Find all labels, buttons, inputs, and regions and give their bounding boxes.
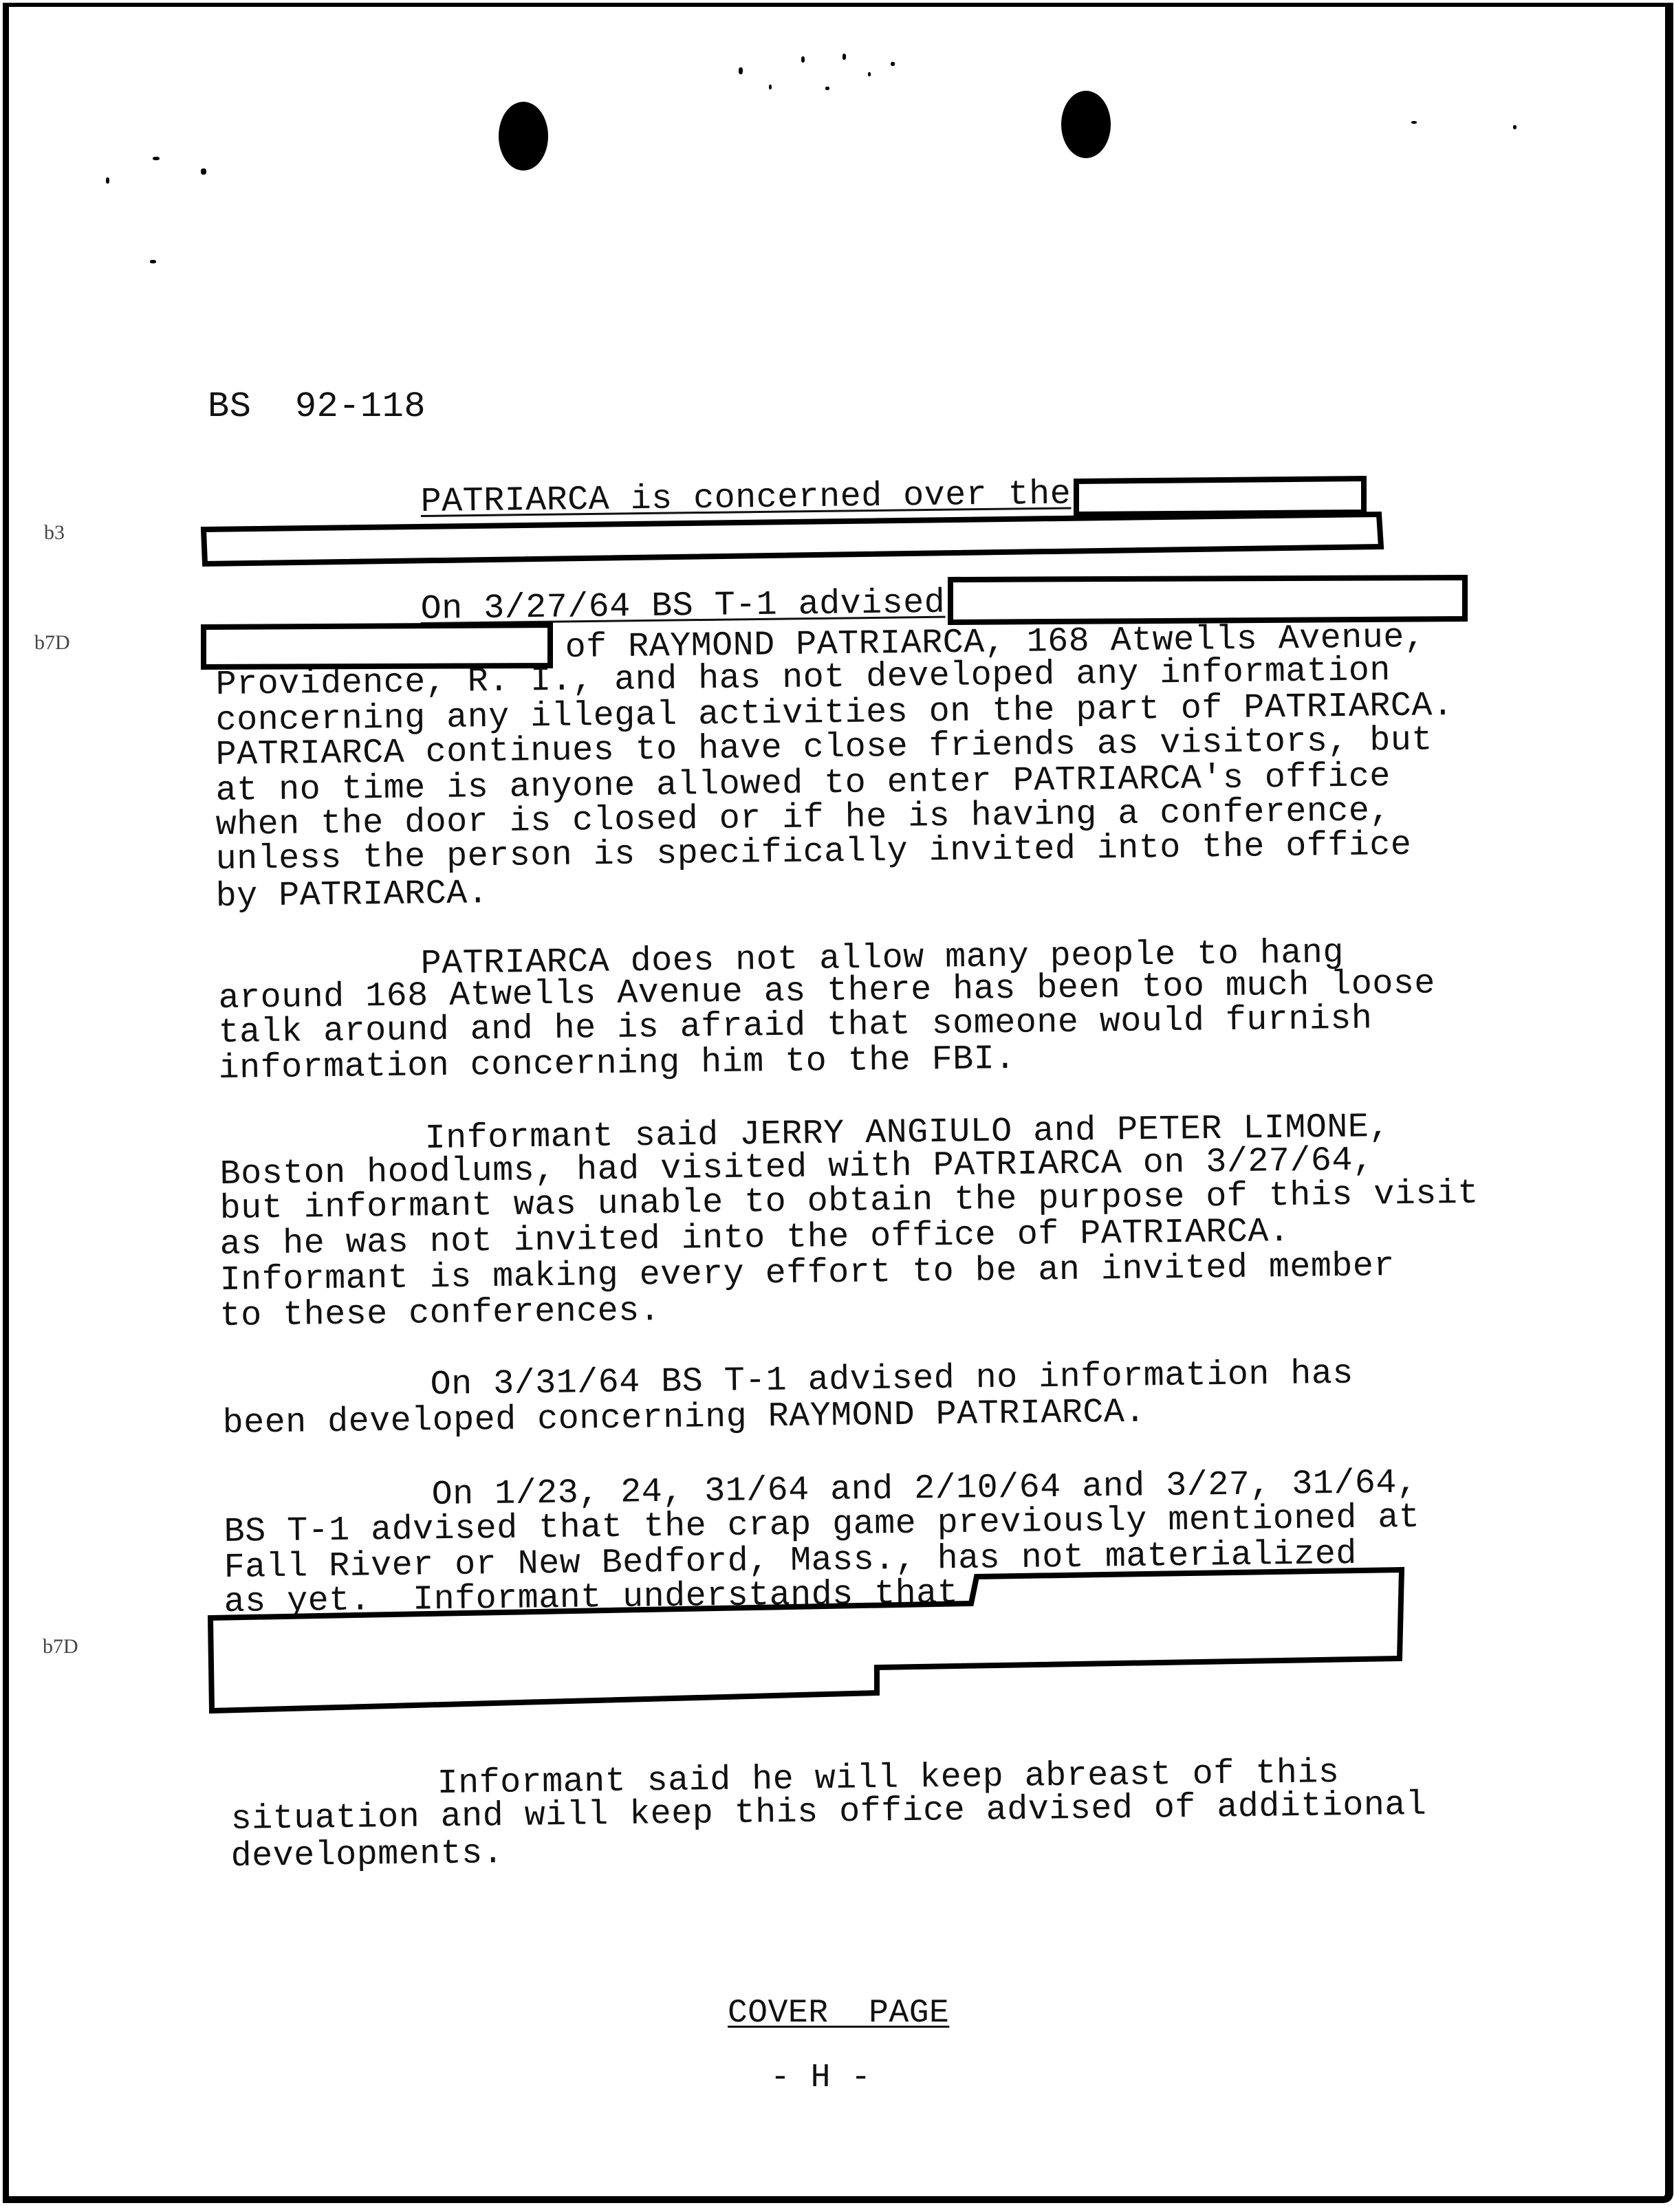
- scan-speck: [801, 56, 805, 63]
- scan-speck: [825, 87, 829, 90]
- paragraph-7-line: developments.: [230, 1837, 503, 1874]
- scan-speck: [153, 157, 160, 160]
- exemption-code-b7d: b7D: [43, 1635, 78, 1658]
- punch-hole-right: [1061, 91, 1111, 158]
- scan-speck: [1411, 121, 1417, 124]
- paragraph-6-line: as yet. Informant understands that: [224, 1577, 958, 1620]
- scan-speck: [843, 54, 846, 60]
- scan-speck: [106, 177, 109, 184]
- exemption-code-b7d: b7D: [34, 631, 70, 655]
- scan-speck: [868, 72, 871, 76]
- punch-hole-left: [499, 102, 548, 171]
- exemption-code-b3: b3: [44, 521, 65, 545]
- scan-speck: [891, 62, 895, 66]
- paragraph-3-line: information concerning him to the FBI.: [218, 1042, 1016, 1086]
- paragraph-4-line: to these conferences.: [219, 1294, 660, 1334]
- scan-speck: [150, 260, 156, 263]
- page-marker: - H -: [770, 2061, 871, 2094]
- paragraph-2-line: by PATRIARCA.: [215, 877, 488, 915]
- scan-speck: [201, 168, 206, 175]
- paragraph-1-line: PATRIARCA is concerned over the: [420, 477, 1071, 520]
- scan-speck: [1513, 125, 1517, 129]
- scan-speck: [769, 85, 772, 89]
- cover-page-label: COVER PAGE: [728, 1997, 949, 2030]
- paragraph-2-line: On 3/27/64 BS T-1 advised: [420, 587, 945, 627]
- file-number: BS 92-118: [208, 389, 426, 425]
- scan-speck: [739, 67, 743, 74]
